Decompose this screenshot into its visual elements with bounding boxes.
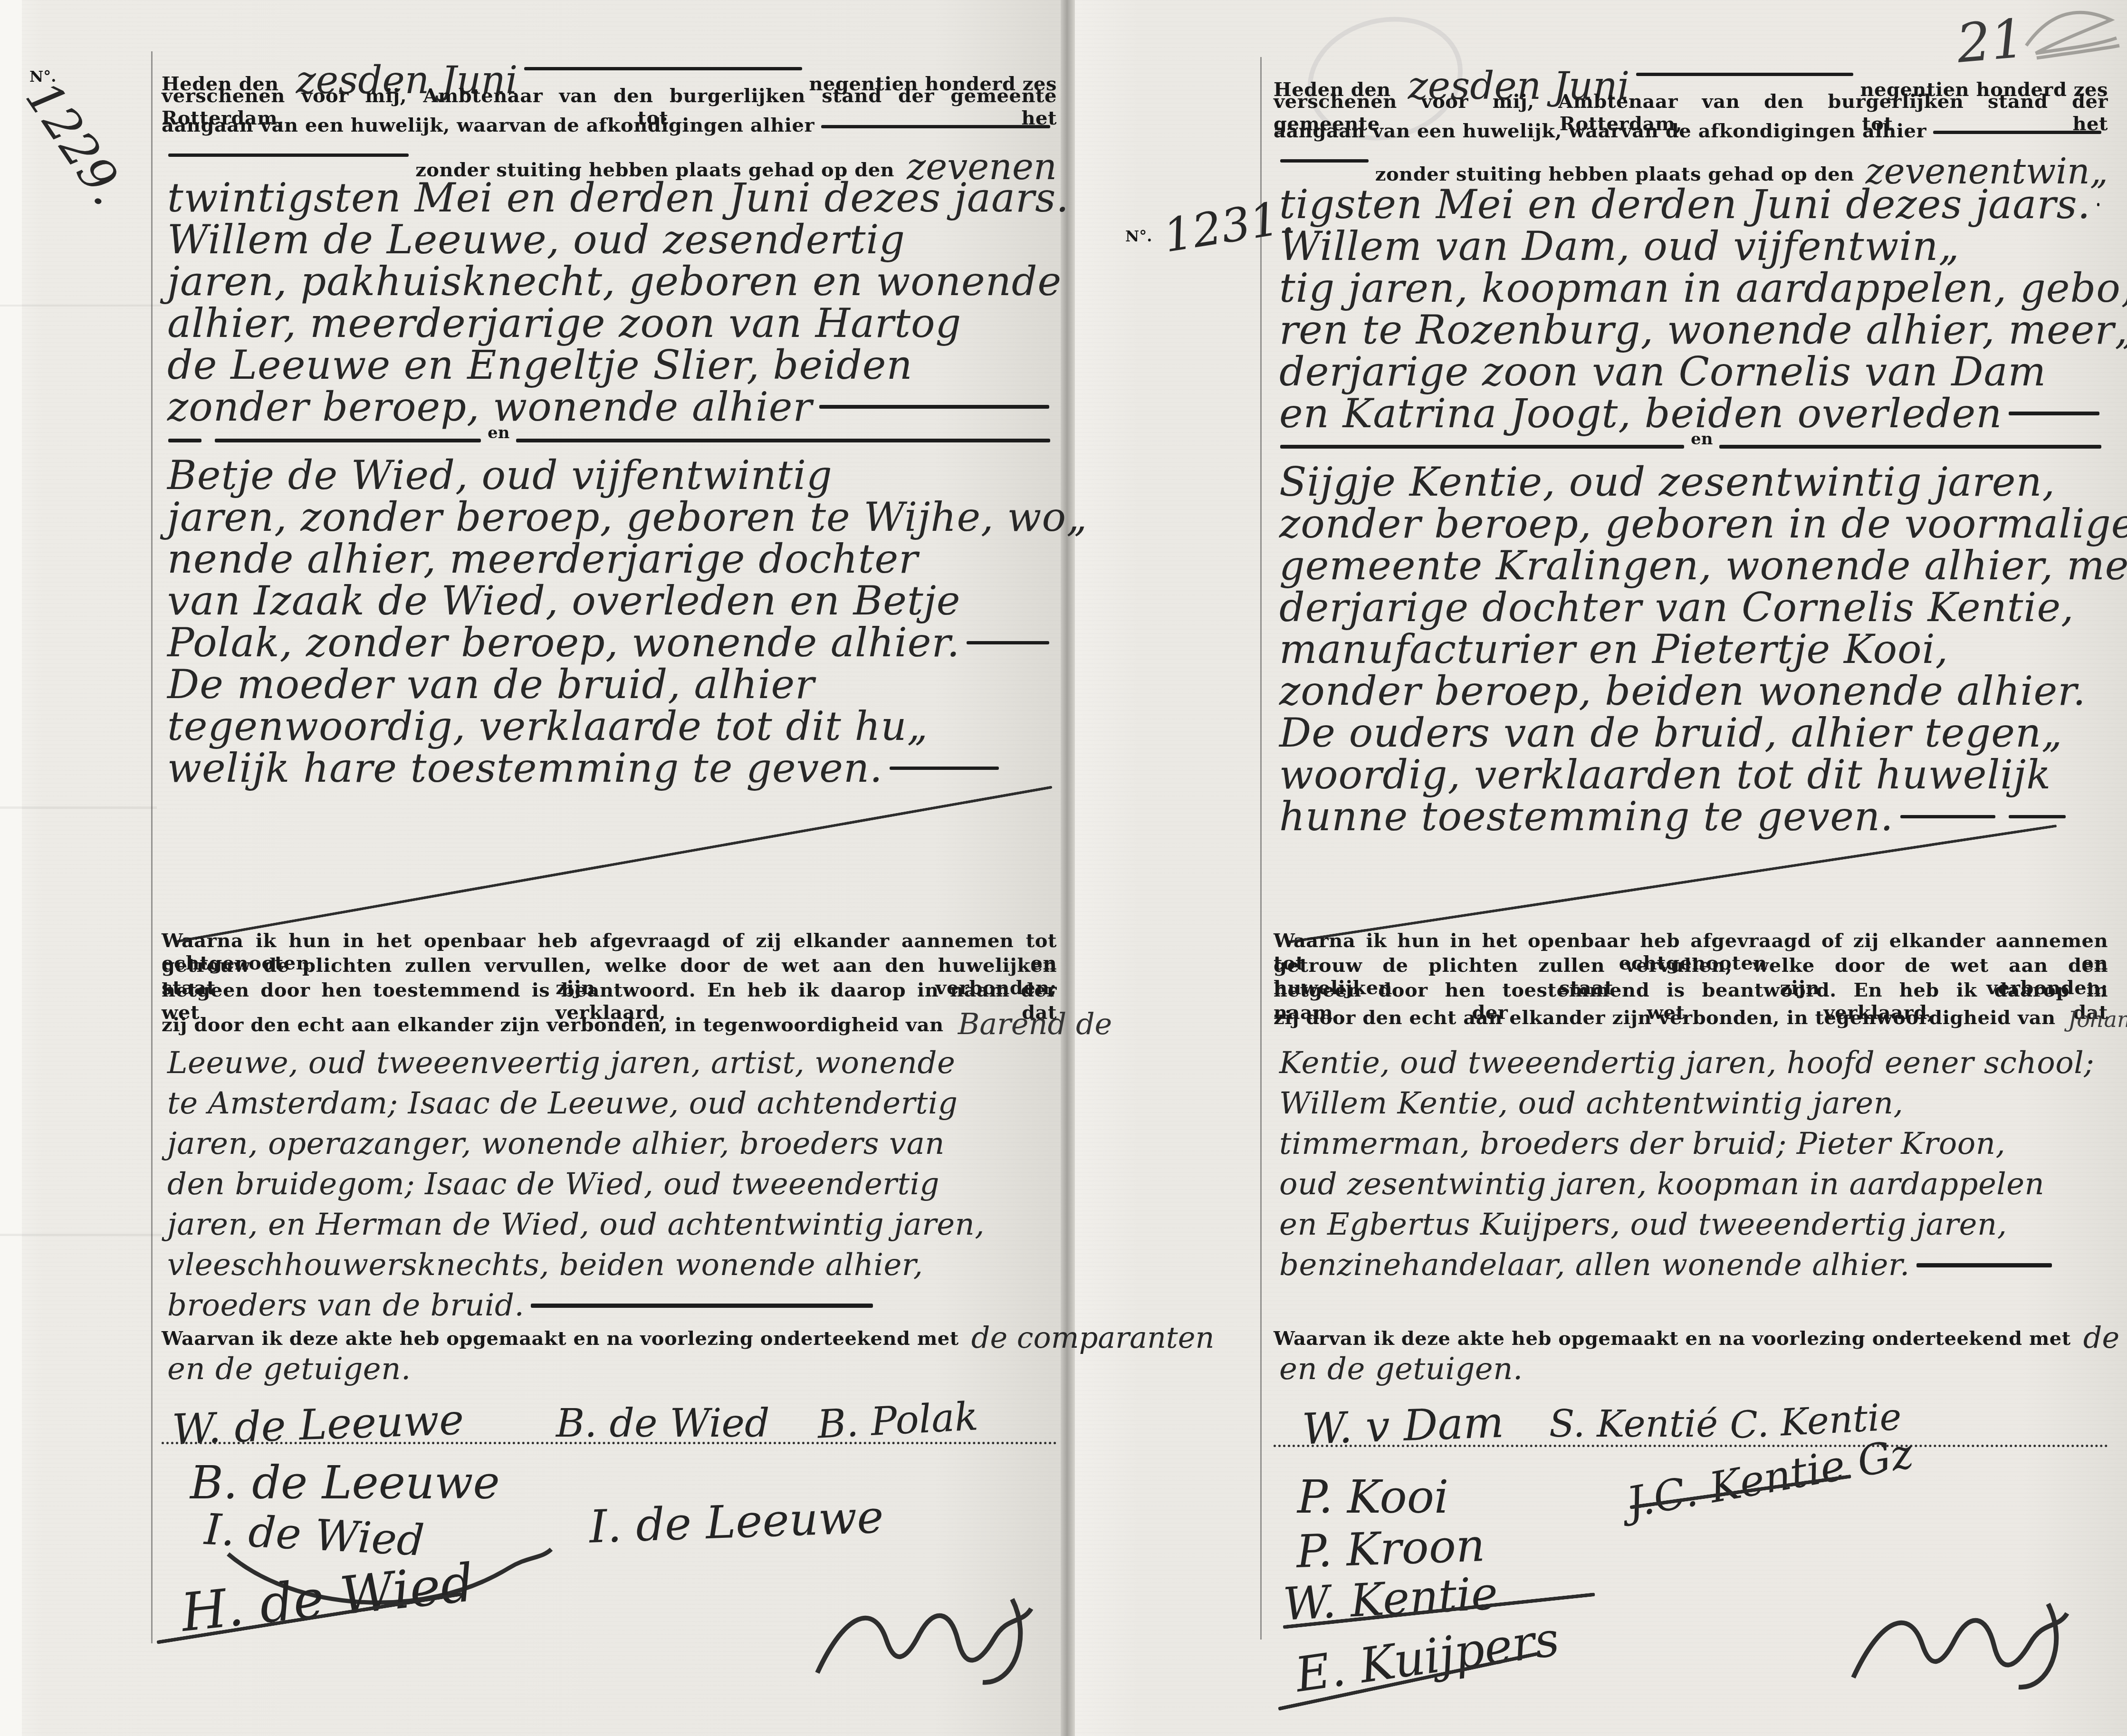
hw-bride-line: Polak, zonder beroep, wonende alhier.: [167, 620, 1056, 665]
filler-rule: [524, 67, 802, 70]
hw-witness-line: te Amsterdam; Isaac de Leeuwe, oud achte…: [167, 1085, 958, 1122]
filler-rule: [168, 153, 409, 157]
hw-bride-line: De ouders van de bruid, alhier tegen„: [1279, 710, 2063, 756]
hw-witness-line: jaren, en Herman de Wied, oud achtentwin…: [167, 1206, 985, 1243]
pencil-scribble: [2022, 2, 2125, 68]
hw-witness-line: jaren, operazanger, wonende alhier, broe…: [167, 1125, 945, 1162]
en-separator: en: [1274, 436, 2108, 457]
hw-groom-line: de Leeuwe en Engeltje Slier, beiden: [167, 342, 913, 388]
hw-bride-line: van Izaak de Wied, overleden en Betje: [167, 578, 961, 623]
hw-closing-2: en de getuigen.: [167, 1351, 411, 1388]
hw-witness-line: Willem Kentie, oud achtentwintig jaren,: [1279, 1085, 1903, 1122]
filler-rule: [821, 125, 1050, 128]
margin-rule: [1260, 57, 1262, 1640]
hw-groom-line: alhier, meerderjarige zoon van Hartog: [167, 300, 961, 346]
form-aangaan-text: aangaan van een huwelijk, waarvan de afk…: [162, 114, 814, 136]
signature-dotted-line: [1274, 1432, 2108, 1447]
hw-groom-line: Willem de Leeuwe, oud zesendertig: [167, 217, 905, 262]
margin-rule: [151, 51, 153, 1643]
hw-bride-line: nende alhier, meerderjarige dochter: [167, 536, 918, 582]
en-label: en: [1691, 430, 1713, 449]
hw-publication-line: twintigsten Mei en derden Juni dezes jaa…: [167, 175, 1069, 221]
hw-witness-line: en Egbertus Kuijpers, oud tweeendertig j…: [1279, 1206, 2007, 1243]
hw-witness-line: oud zesentwintig jaren, koopman in aarda…: [1279, 1166, 2044, 1203]
hw-bride-line: woordig, verklaarden tot dit huwelijk: [1279, 752, 2051, 797]
form-line-aangaan: aangaan van een huwelijk, waarvan de afk…: [162, 114, 1057, 139]
hw-witness-line: Kentie, oud tweeendertig jaren, hoofd ee…: [1279, 1045, 2094, 1082]
form-line-stuiting: zonder stuiting hebben plaats gehad op d…: [1274, 148, 2108, 173]
hw-witness-line: timmerman, broeders der bruid; Pieter Kr…: [1279, 1125, 2005, 1162]
hw-closing: de comparanten: [971, 1320, 1215, 1355]
registrar-paraph: [1844, 1587, 2091, 1697]
hw-closing-2: en de getuigen.: [1279, 1351, 1523, 1388]
signature-groom: W. de Leeuwe: [171, 1395, 464, 1454]
page-edge-strip: [0, 0, 22, 1736]
hw-witness-line-last: benzinehandelaar, allen wonende alhier.: [1279, 1247, 2059, 1284]
hw-witness-line: den bruidegom; Isaac de Wied, oud tweeen…: [167, 1166, 939, 1203]
act-number-label: N°.: [1125, 227, 1152, 245]
hw-publication-line: tigsten Mei en derden Juni dezes jaars.: [1279, 182, 2106, 227]
hw-groom-line: derjarige zoon van Cornelis van Dam: [1279, 349, 2046, 394]
form-line-date: Heden den zesden Juni negentien honderd …: [1274, 61, 2108, 87]
scan-streak: [0, 806, 157, 809]
form-waarna-4: zij door den echt aan elkander zijn verb…: [1274, 1004, 2108, 1029]
hw-bride-line: tegenwoordig, verklaarde tot dit hu„: [167, 703, 928, 749]
hw-witness-intro: Barend de: [958, 1007, 1112, 1041]
scan-streak: [0, 305, 162, 307]
signature-witness-3: I. de Leeuwe: [588, 1491, 884, 1554]
hw-bride-line: gemeente Kralingen, wonende alhier, meer…: [1279, 543, 2127, 588]
hw-groom-line: tig jaren, koopman in aardappelen, gebo„: [1279, 265, 2127, 311]
hw-groom-line-last: zonder beroep, wonende alhier: [167, 384, 1056, 430]
form-waarna-4: zij door den echt aan elkander zijn verb…: [162, 1004, 1057, 1038]
hw-bride-line: zonder beroep, geboren in de voormalige: [1279, 501, 2127, 547]
en-separator: en: [162, 430, 1057, 451]
hw-witness-intro: Johannes Cornelis: [2068, 1007, 2127, 1032]
form-line-stuiting: zonder stuiting hebben plaats gehad op d…: [162, 143, 1057, 167]
registrar-paraph: [808, 1583, 1055, 1692]
form-waarvan: Waarvan ik deze akte heb opgemaakt en na…: [1274, 1317, 2108, 1352]
hw-bride-line-last: hunne toestemming te geven.: [1279, 794, 2106, 839]
en-label: en: [488, 423, 509, 442]
hw-bride-line: zonder beroep, beiden wonende alhier.: [1279, 668, 2086, 714]
filler-rule: [1280, 159, 1369, 163]
filler-rule: [1636, 73, 1853, 76]
hw-bride-line: jaren, zonder beroep, geboren te Wijhe, …: [167, 494, 1088, 540]
hw-bride-line: derjarige dochter van Cornelis Kentie,: [1279, 585, 2074, 630]
hw-bride-line: De moeder van de bruid, alhier: [167, 662, 814, 707]
hw-groom-line: Willem van Dam, oud vijfentwin„: [1279, 223, 1960, 269]
form-line-date: Heden den zesden Juni negentien honderd …: [162, 55, 1057, 82]
signature-mother-bride: P. Kooi: [1297, 1471, 1448, 1524]
signature-dotted-line: [162, 1429, 1057, 1444]
signature-witness-1: B. de Leeuwe: [190, 1457, 500, 1509]
hw-bride-line: Betje de Wied, oud vijfentwintig: [167, 452, 833, 498]
hw-groom-line: ren te Rozenburg, wonende alhier, meer„: [1279, 307, 2127, 353]
hw-groom-line: jaren, pakhuisknecht, geboren en wonende: [167, 259, 1062, 304]
hw-closing: de comparanten: [2083, 1320, 2127, 1355]
scan-streak: [0, 1234, 162, 1236]
hw-bride-line: manufacturier en Pietertje Kooi,: [1279, 626, 1948, 672]
filler-rule: [1933, 131, 2101, 134]
form-line-aangaan: aangaan van een huwelijk, waarvan de afk…: [1274, 120, 2108, 144]
hw-witness-line: vleeschhouwersknechts, beiden wonende al…: [167, 1247, 923, 1284]
form-waarvan: Waarvan ik deze akte heb opgemaakt en na…: [162, 1317, 1057, 1352]
hw-bride-line-last: welijk hare toestemming te geven.: [167, 745, 1056, 791]
book-fold-gutter: [1061, 0, 1075, 1736]
filler-rule: [819, 405, 1049, 409]
hw-bride-line: Sijgje Kentie, oud zesentwintig jaren,: [1279, 459, 2055, 505]
hw-witness-line: Leeuwe, oud tweeenveertig jaren, artist,…: [167, 1045, 955, 1082]
